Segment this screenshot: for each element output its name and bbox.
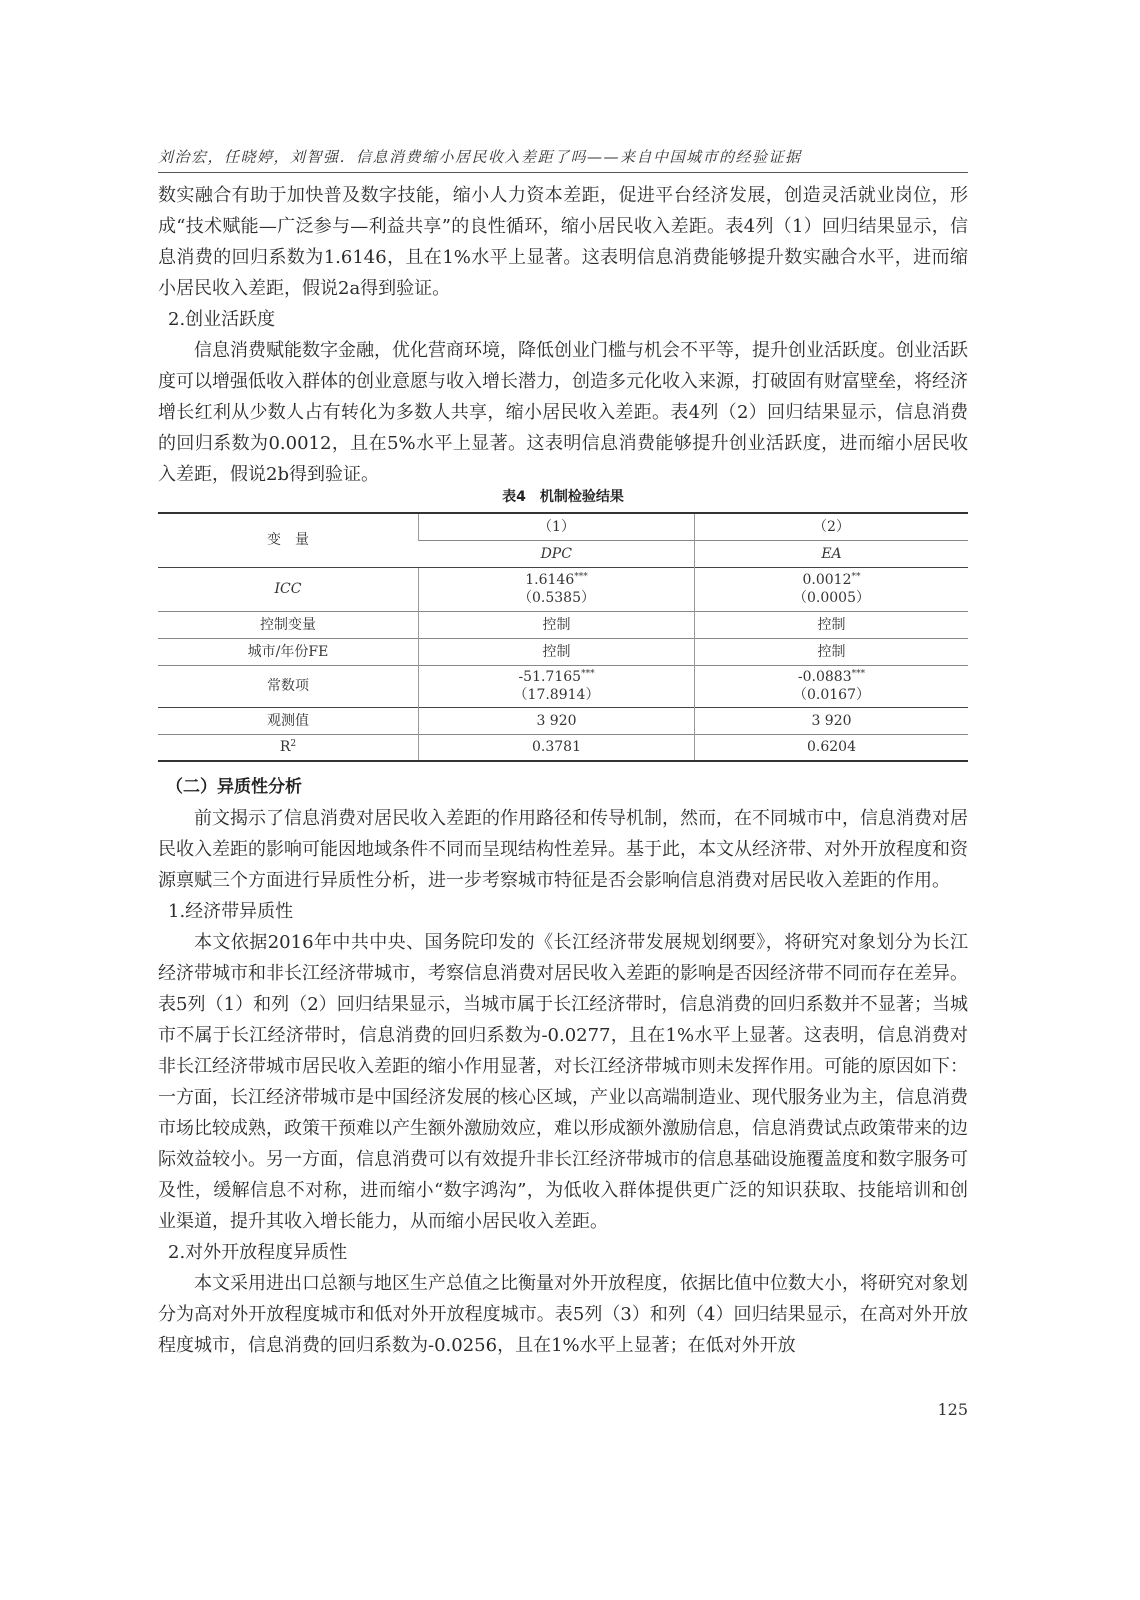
cell-value: -51.7165***（17.8914） bbox=[419, 665, 695, 707]
table-row: R2 0.3781 0.6204 bbox=[158, 734, 968, 761]
row-label: 城市/年份FE bbox=[158, 638, 419, 665]
cell-value: -0.0883***（0.0167） bbox=[695, 665, 969, 707]
subhead-economic-belt: 1.经济带异质性 bbox=[158, 896, 968, 927]
table-row: 城市/年份FE 控制 控制 bbox=[158, 638, 968, 665]
table-row: 观测值 3 920 3 920 bbox=[158, 707, 968, 734]
cell-value: 1.6146***（0.5385） bbox=[419, 567, 695, 611]
table-row: ICC 1.6146***（0.5385） 0.0012**（0.0005） bbox=[158, 567, 968, 611]
cell-value: 3 920 bbox=[419, 707, 695, 734]
cell-value: 控制 bbox=[695, 638, 969, 665]
table-row: 常数项 -51.7165***（17.8914） -0.0883***（0.01… bbox=[158, 665, 968, 707]
paragraph-openness: 本文采用进出口总额与地区生产总值之比衡量对外开放程度，依据比值中位数大小，将研究… bbox=[158, 1268, 968, 1361]
paragraph-ea: 信息消费赋能数字金融，优化营商环境，降低创业门槛与机会不平等，提升创业活跃度。创… bbox=[158, 335, 968, 490]
body-block-top: 数实融合有助于加快普及数字技能，缩小人力资本差距，促进平台经济发展，创造灵活就业… bbox=[158, 180, 968, 490]
subhead-openness: 2.对外开放程度异质性 bbox=[158, 1237, 968, 1268]
row-label: 常数项 bbox=[158, 665, 419, 707]
row-label: R2 bbox=[158, 734, 419, 761]
cell-value: 3 920 bbox=[695, 707, 969, 734]
paragraph-economic-belt: 本文依据2016年中共中央、国务院印发的《长江经济带发展规划纲要》，将研究对象划… bbox=[158, 927, 968, 1237]
header-variable: 变 量 bbox=[158, 513, 419, 567]
cell-value: 0.6204 bbox=[695, 734, 969, 761]
header-rule bbox=[158, 172, 968, 173]
header-col2-var: EA bbox=[695, 540, 969, 567]
row-label: 观测值 bbox=[158, 707, 419, 734]
cell-value: 0.0012**（0.0005） bbox=[695, 567, 969, 611]
cell-value: 控制 bbox=[695, 611, 969, 638]
cell-value: 控制 bbox=[419, 611, 695, 638]
running-head: 刘治宏，任晓婷，刘智强．信息消费缩小居民收入差距了吗——来自中国城市的经验证据 bbox=[158, 146, 968, 167]
paragraph-heterogeneity: 前文揭示了信息消费对居民收入差距的作用路径和传导机制，然而，在不同城市中，信息消… bbox=[158, 803, 968, 896]
header-col1-var: DPC bbox=[419, 540, 695, 567]
cell-value: 0.3781 bbox=[419, 734, 695, 761]
table-row: 控制变量 控制 控制 bbox=[158, 611, 968, 638]
cell-value: 控制 bbox=[419, 638, 695, 665]
row-label: ICC bbox=[158, 567, 419, 611]
paragraph-dpc: 数实融合有助于加快普及数字技能，缩小人力资本差距，促进平台经济发展，创造灵活就业… bbox=[158, 180, 968, 304]
header-col1-num: （1） bbox=[419, 513, 695, 540]
body-block-bottom: （二）异质性分析 前文揭示了信息消费对居民收入差距的作用路径和传导机制，然而，在… bbox=[158, 772, 968, 1361]
section-heading: （二）异质性分析 bbox=[158, 772, 968, 803]
header-col2-num: （2） bbox=[695, 513, 969, 540]
row-label: 控制变量 bbox=[158, 611, 419, 638]
results-table: 变 量 （1） （2） DPC EA ICC 1.6146***（0.5385）… bbox=[158, 512, 968, 762]
table-caption: 表4 机制检验结果 bbox=[158, 486, 968, 506]
page-number: 125 bbox=[928, 1400, 968, 1419]
subhead-entrepreneurship: 2.创业活跃度 bbox=[158, 304, 968, 335]
